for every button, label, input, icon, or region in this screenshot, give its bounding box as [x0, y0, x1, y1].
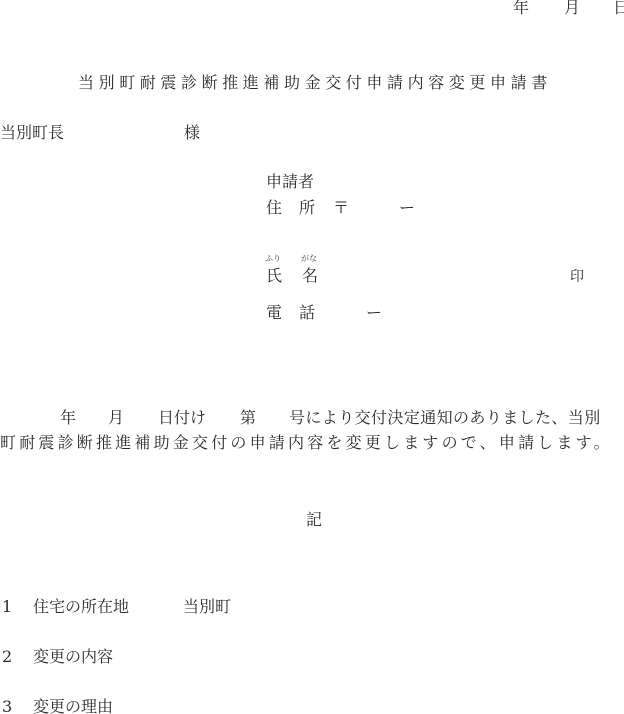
phone-label-1: 電: [266, 304, 282, 322]
address-label-2: 所: [299, 199, 315, 217]
body-day: 日付け: [158, 409, 206, 427]
document-title: 当別町耐震診断推進補助金交付申請内容変更申請書: [78, 74, 552, 92]
item-label: 変更の内容: [33, 648, 113, 666]
body-line-1-rest: 号により交付決定通知のありました、当別: [289, 409, 601, 427]
applicant-heading: 申請者: [266, 173, 314, 191]
addressee-name: 当別町長: [0, 124, 64, 142]
item-value: 当別町: [183, 598, 231, 616]
postal-mark: 〒: [333, 199, 349, 217]
furigana-part-2: がな: [301, 254, 317, 263]
postal-dash: ー: [399, 199, 415, 217]
phone-dash: ー: [366, 304, 382, 322]
name-label-2: 名: [302, 267, 318, 285]
date-year: 年: [513, 0, 529, 17]
address-label-1: 住: [266, 199, 282, 217]
item-number: 3: [2, 698, 12, 714]
body-line-2: 町耐震診断推進補助金交付の申請内容を変更しますので、申請します。: [0, 434, 613, 452]
body-month: 月: [108, 409, 124, 427]
ki-heading: 記: [306, 511, 322, 529]
name-label-1: 氏: [266, 267, 282, 285]
addressee-honorific: 様: [184, 124, 200, 142]
phone-label-2: 話: [299, 304, 315, 322]
date-day: 日: [613, 0, 624, 17]
item-label: 住宅の所在地: [33, 598, 129, 616]
item-label: 変更の理由: [33, 698, 113, 714]
date-month: 月: [564, 0, 580, 17]
body-number-prefix: 第: [240, 409, 256, 427]
body-year: 年: [60, 409, 76, 427]
item-number: 1: [2, 598, 12, 616]
item-number: 2: [2, 648, 12, 666]
seal-mark: 印: [570, 268, 584, 286]
furigana-part-1: ふり: [265, 254, 281, 263]
